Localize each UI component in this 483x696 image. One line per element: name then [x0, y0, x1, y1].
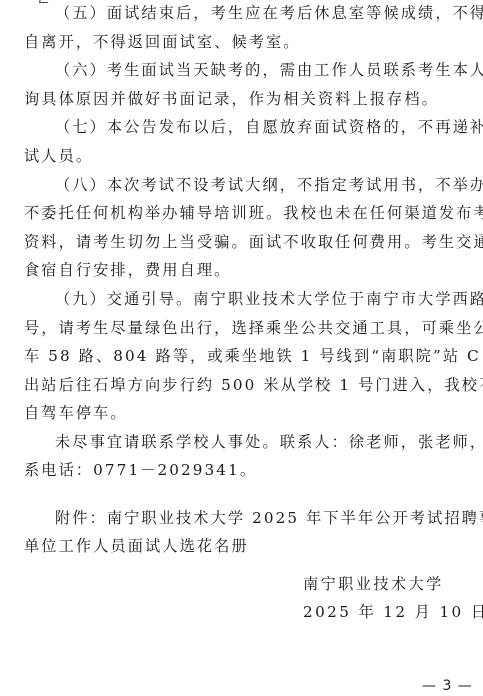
paragraph-8-line-1: （八）本次考试不设考试大纲，不指定考试用书，不举办也 [55, 175, 461, 195]
page-number: — 3 — [422, 677, 473, 695]
contact-line-2: 系电话：0771－2029341。 [24, 460, 461, 480]
document-page: （五）面试结束后，考生应在考后休息室等候成绩，不得擅 自离开，不得返回面试室、候… [0, 0, 483, 696]
paragraph-8-line-3: 资料，请考生切勿上当受骗。面试不收取任何费用。考生交通、 [24, 232, 461, 252]
paragraph-8-line-4: 食宿自行安排，费用自理。 [24, 260, 461, 280]
paragraph-6-line-2: 询具体原因并做好书面记录，作为相关资料上报存档。 [24, 89, 461, 109]
paragraph-7-line-2: 试人员。 [24, 146, 461, 166]
attachment-line-1: 附件：南宁职业技术大学 2025 年下半年公开考试招聘事业 [55, 508, 461, 528]
previous-page-fragment [39, 0, 50, 3]
paragraph-8-line-2: 不委托任何机构举办辅导培训班。我校也未在任何渠道发布考试 [24, 203, 461, 223]
attachment-line-2: 单位工作人员面试人选花名册 [24, 536, 461, 556]
paragraph-9-line-3: 车 58 路、804 路等，或乘坐地铁 1 号线到“南职院”站 C 口出站， [24, 346, 461, 366]
paragraph-9-line-4: 出站后往石埠方向步行约 500 米从学校 1 号门进入，我校不安排 [24, 375, 461, 395]
paragraph-9-line-1: （九）交通引导。南宁职业技术大学位于南宁市大学西路 169 [55, 289, 461, 309]
signature-organization: 南宁职业技术大学 [303, 574, 444, 594]
paragraph-5-line-1: （五）面试结束后，考生应在考后休息室等候成绩，不得擅 [55, 3, 461, 23]
paragraph-7-line-1: （七）本公告发布以后，自愿放弃面试资格的，不再递补面 [55, 117, 461, 137]
signature-date: 2025 年 12 月 10 日 [303, 602, 483, 622]
paragraph-5-line-2: 自离开，不得返回面试室、候考室。 [24, 32, 461, 52]
contact-line-1: 未尽事宜请联系学校人事处。联系人：徐老师，张老师，联 [55, 432, 461, 452]
paragraph-9-line-2: 号，请考生尽量绿色出行，选择乘坐公共交通工具，可乘坐公交 [24, 318, 461, 338]
paragraph-6-line-1: （六）考生面试当天缺考的，需由工作人员联系考生本人咨 [55, 60, 461, 80]
paragraph-9-line-5: 自驾车停车。 [24, 403, 461, 423]
